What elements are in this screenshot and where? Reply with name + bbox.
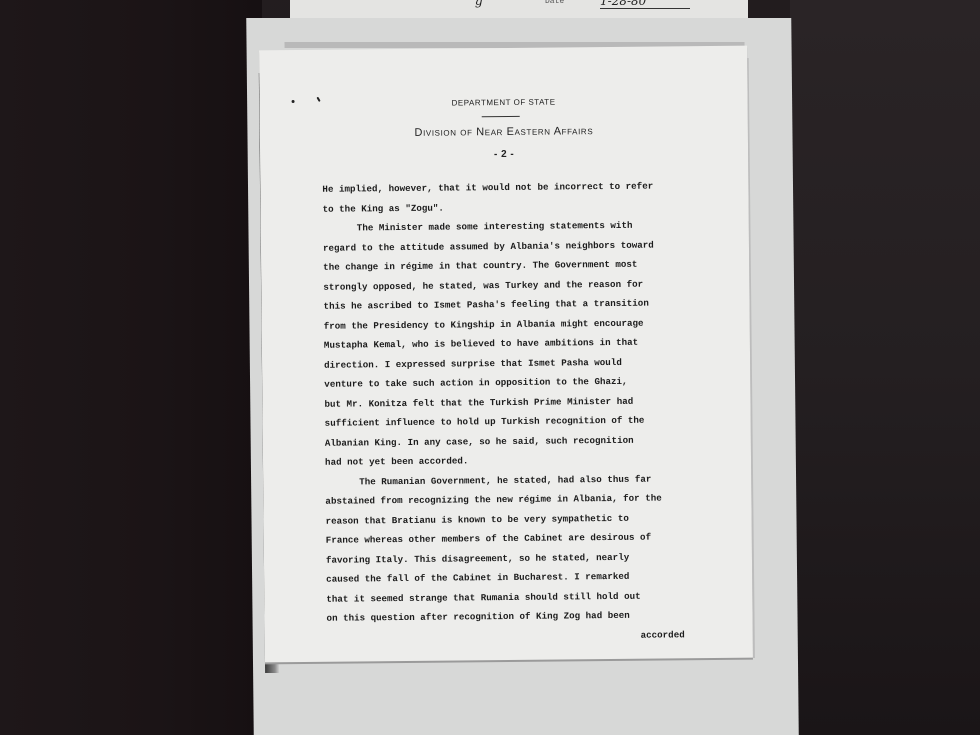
date-value: 1-28-80 (600, 0, 690, 9)
division-heading: Division of Near Eastern Affairs (260, 124, 748, 141)
dark-background-left (0, 0, 262, 735)
department-heading: DEPARTMENT OF STATE (260, 96, 748, 110)
letter-body: He implied, however, that it would not b… (322, 176, 694, 648)
text-line: France whereas other members of the Cabi… (326, 527, 694, 550)
text-line: that it seemed strange that Rumania shou… (326, 586, 694, 609)
document-page: DEPARTMENT OF STATE Division of Near Eas… (259, 46, 753, 663)
text-line: He implied, however, that it would not b… (322, 176, 690, 199)
heading-rule (482, 116, 520, 117)
date-label: Date (545, 0, 564, 6)
dark-background-right (790, 0, 980, 735)
text-line: abstained from recognizing the new régim… (325, 488, 693, 511)
text-line: sufficient influence to hold up Turkish … (325, 410, 693, 433)
page-number: - 2 - (260, 147, 748, 163)
catchword: accorded (327, 625, 695, 648)
signature-fragment: g (475, 0, 483, 8)
text-line: Mustapha Kemal, who is believed to have … (324, 332, 692, 355)
